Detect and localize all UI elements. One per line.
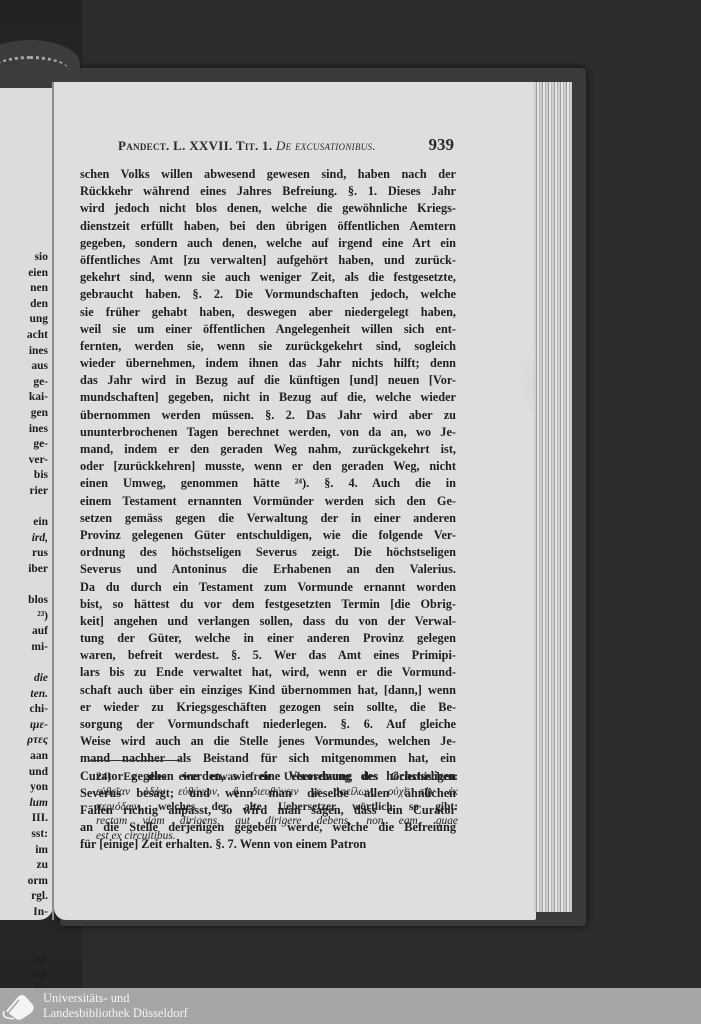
left-page-fragment: aan (0, 749, 48, 765)
library-footer-bar: Universitäts- und Landesbibliothek Düsse… (0, 988, 701, 1024)
left-page-fragment: iber (0, 562, 48, 578)
footnote-latin-line: rectam viam dirigens, aut dirigere deben… (96, 814, 458, 829)
left-page-fragment: ge- (0, 437, 48, 453)
footnote-greek-fragment: περιόδων, (96, 801, 142, 813)
text-line: mand, indem er den geraden Weg nahm, zur… (80, 441, 456, 458)
running-head: Pandect. L. XXVII. Tit. 1. De excusation… (118, 135, 454, 157)
left-page-fragment: und (0, 765, 48, 781)
left-page-fragment: ung (0, 312, 48, 328)
text-line: keit] angehen und verlangen sollen, dass… (80, 613, 456, 630)
text-line: ununterbrochenen Tagen berechnet werden,… (80, 424, 456, 441)
text-line: Rückkehr während eines Jahres Befreiung.… (80, 183, 456, 200)
left-page-fragment: In- (0, 905, 48, 921)
left-page-text-fragments: sioeiennendenungachtinesausge-kai-genine… (0, 250, 48, 1014)
text-line: ordnung des höchstseligen Severus zeigt.… (80, 544, 456, 561)
left-page-fragment: ines (0, 422, 48, 438)
left-page-fragment: rier (0, 484, 48, 500)
left-page-fragment: gen (0, 406, 48, 422)
left-page-fragment: auf (0, 624, 48, 640)
left-page-fragment: acht (0, 328, 48, 344)
left-page-fragment (0, 921, 48, 937)
left-page-fragment: ca- (0, 952, 48, 968)
left-page-fragment: sio (0, 250, 48, 266)
left-page-fragment: die (0, 671, 48, 687)
left-page-fragment: zu (0, 858, 48, 874)
left-page-fragment: ge- (0, 375, 48, 391)
left-page-fragment: blos (0, 593, 48, 609)
left-page-fragment: ines (0, 344, 48, 360)
text-line: einen Umweg, genommen hätte ²⁴). §. 4. A… (80, 475, 456, 492)
text-line: bist, so hättest du vor dem festgesetzte… (80, 596, 456, 613)
text-line: schaft auch über ein einziges Kind übern… (80, 682, 456, 699)
left-page-fragment: den (0, 297, 48, 313)
text-line: fernten, werden sie, wenn sie zurückgeke… (80, 338, 456, 355)
text-line: Provinz gelegenen Güter entschuldigen, w… (80, 527, 456, 544)
text-line: er wieder zu Kriegsgeschäften gezogen se… (80, 699, 456, 716)
running-head-subject: De excusationibus. (276, 138, 376, 153)
running-head-section: Pandect. L. XXVII. Tit. 1. (118, 138, 272, 153)
text-line: gekehrt sind, wenn sie auch weniger Zeit… (80, 269, 456, 286)
page-number: 939 (429, 135, 455, 155)
left-page-fragment: ten. (0, 687, 48, 703)
text-line: Weise wird auch an die Stelle jenes Vorm… (80, 733, 456, 750)
left-page-fragment: nen (0, 281, 48, 297)
text-line: das Jahr wird in Bezug auf die künftigen… (80, 372, 456, 389)
left-page-fragment: ιμε- (0, 718, 48, 734)
left-page-fragment: im (0, 843, 48, 859)
text-line: Severus und Antoninus die Erhabenen an d… (80, 561, 456, 578)
institution-line-1: Universitäts- und (43, 991, 188, 1006)
footnote-latin-line: est ex circuitibus. (96, 829, 458, 844)
text-line: Da du durch ein Testament zum Vormunde e… (80, 579, 456, 596)
left-page-fragment: bis (0, 468, 48, 484)
left-page-fragment: ²³) (0, 609, 48, 625)
text-line: weil sie um einer öffentlichen Angelegen… (80, 321, 456, 338)
left-page-fragment: ver- (0, 453, 48, 469)
left-page-fragment (0, 577, 48, 593)
text-line: oder [zurückkehren] musste, wenn er den … (80, 458, 456, 475)
text-line: sorgung der Vormundschaft niederlegen. §… (80, 716, 456, 733)
left-page-fragment: III. (0, 811, 48, 827)
footnote-24: 24) Es dies eine etwas freie Uebersetzun… (96, 770, 458, 844)
footnote-text-fragment: welches der alte Uebersetzer wörtlich so… (142, 801, 458, 813)
left-page-fragment: rgl. (0, 889, 48, 905)
text-line: mundschaften] gegeben, nicht in Bezug au… (80, 389, 456, 406)
text-line: dienstzeit erfüllt haben, bei den übrige… (80, 218, 456, 235)
left-page-fragment: lum (0, 796, 48, 812)
footnote-rule (88, 760, 180, 761)
left-page-fragment: eien (0, 266, 48, 282)
left-page-fragment: aus (0, 359, 48, 375)
text-line: einem Testament ernannten Vormünder werd… (80, 493, 456, 510)
book-logo-icon (2, 991, 36, 1021)
left-page-fragment (0, 500, 48, 516)
left-page-fragment: chi- (0, 702, 48, 718)
footnote-greek-line: εὐθεῖαν ὁδὸν εὐθύνων, ἢ διευθύνειν γε ὀφ… (96, 785, 458, 800)
left-page-fragment: ird, (0, 531, 48, 547)
left-page-fragment (0, 655, 48, 671)
text-line: schen Volks willen abwesend gewesen sind… (80, 166, 456, 183)
left-page-fragment: sst: (0, 827, 48, 843)
left-page-fragment: kai- (0, 390, 48, 406)
text-line: öffentliches Amt [zu verwalten] aufgehör… (80, 252, 456, 269)
left-page-fragment: mi- (0, 640, 48, 656)
text-line: tung der Güter, welche in einer anderen … (80, 630, 456, 647)
main-text-block: schen Volks willen abwesend gewesen sind… (80, 166, 456, 854)
text-line: gebraucht haben. §. 2. Die Vormundschaft… (80, 286, 456, 303)
text-line: gegeben, sondern auch denen, welche auf … (80, 235, 456, 252)
page-stack-edges (534, 82, 572, 912)
text-line: setzen gemäss gegen die Verwaltung der i… (80, 510, 456, 527)
text-line: waren, befreit werdest. §. 5. Wer das Am… (80, 647, 456, 664)
footnote-line: περιόδων, welches der alte Uebersetzer w… (96, 800, 458, 815)
left-page-fragment: yon (0, 780, 48, 796)
left-page-fragment (0, 936, 48, 952)
left-page-fragment: rus (0, 546, 48, 562)
text-line: lars bis zu Ende verwaltet hat, wird, we… (80, 664, 456, 681)
left-page: sioeiennendenungachtinesausge-kai-genine… (0, 80, 53, 920)
text-line: wieder übernehmen, indem ihnen das Jahr … (80, 355, 456, 372)
left-page-fragment: orm (0, 874, 48, 890)
text-line: sie früher gehabt haben, deswegen aber n… (80, 304, 456, 321)
left-page-fragment: ein (0, 515, 48, 531)
text-line: mand nachher als Beistand für sich mitge… (80, 750, 456, 767)
institution-line-2: Landesbibliothek Düsseldorf (43, 1006, 188, 1021)
institution-name: Universitäts- und Landesbibliothek Düsse… (43, 991, 188, 1021)
text-line: übernommen werden müssen. §. 2. Das Jahr… (80, 407, 456, 424)
footnote-line: 24) Es dies eine etwas freie Uebersetzun… (96, 770, 458, 785)
running-head-title: Pandect. L. XXVII. Tit. 1. De excusation… (118, 138, 376, 154)
left-page-fragment: ρτες (0, 733, 48, 749)
left-page-fragment: inf. (0, 967, 48, 983)
text-line: wird jedoch nicht blos denen, welche die… (80, 200, 456, 217)
